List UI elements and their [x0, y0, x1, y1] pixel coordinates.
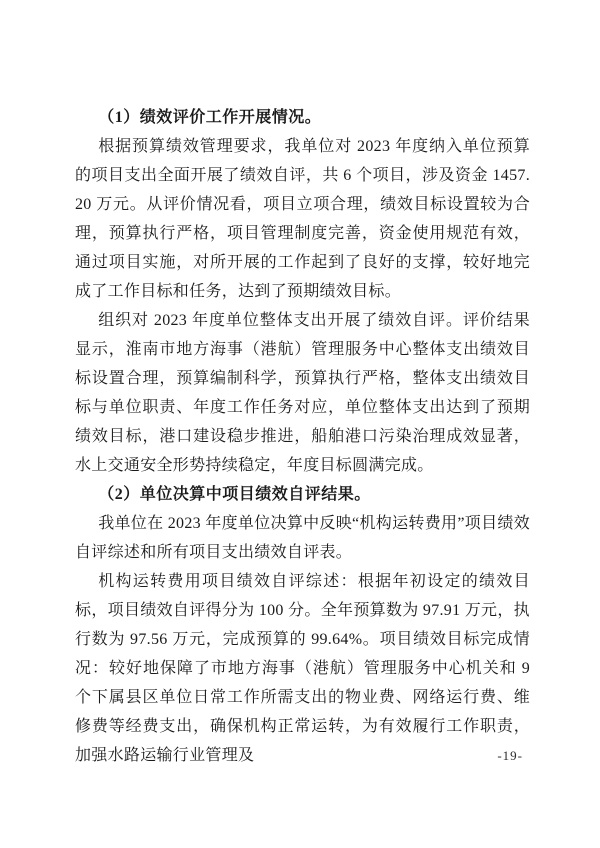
section-1-paragraph-2: 组织对 2023 年度单位整体支出开展了绩效自评。评价结果显示，淮南市地方海事（…	[75, 306, 530, 480]
document-page: （1）绩效评价工作开展情况。 根据预算绩效管理要求，我单位对 2023 年度纳入…	[0, 0, 600, 848]
section-1-heading: （1）绩效评价工作开展情况。	[75, 103, 530, 132]
section-2-heading: （2）单位决算中项目绩效自评结果。	[75, 480, 530, 509]
section-1-paragraph-1: 根据预算绩效管理要求，我单位对 2023 年度纳入单位预算的项目支出全面开展了绩…	[75, 132, 530, 306]
section-2-paragraph-2: 机构运转费用项目绩效自评综述：根据年初设定的绩效目标，项目绩效自评得分为 100…	[75, 567, 530, 770]
section-2-paragraph-1: 我单位在 2023 年度单位决算中反映“机构运转费用”项目绩效自评综述和所有项目…	[75, 509, 530, 567]
document-content: （1）绩效评价工作开展情况。 根据预算绩效管理要求，我单位对 2023 年度纳入…	[75, 103, 530, 770]
page-number: -19-	[497, 748, 523, 764]
